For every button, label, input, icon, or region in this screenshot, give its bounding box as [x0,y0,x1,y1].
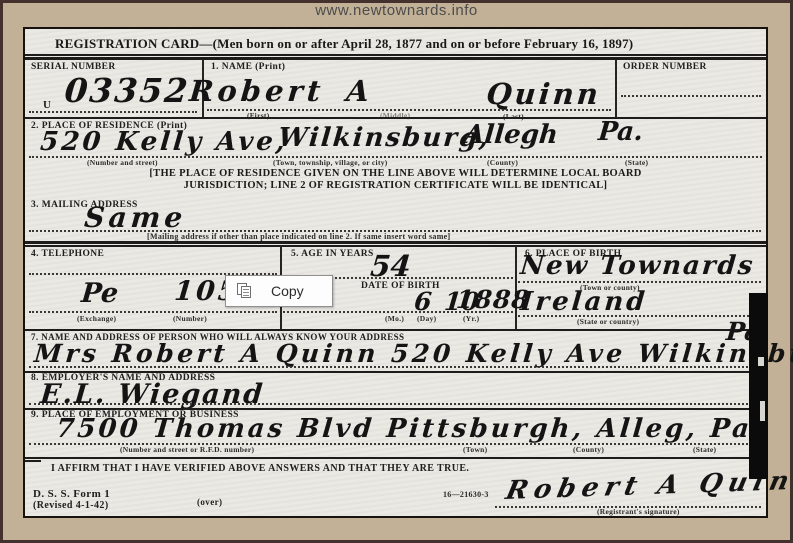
jurisdiction-note-line2: JURISDICTION; LINE 2 OF REGISTRATION CER… [25,180,766,191]
form-number: D. S. S. Form 1 [33,488,110,500]
birth-place-country-caption: (State or country) [577,317,639,326]
copy-menu-item[interactable]: Copy [271,283,304,299]
employment-county-caption: (County) [573,445,604,454]
divider-name-order [615,60,617,117]
serial-prefix: U [43,99,51,111]
employment-town-caption: (Town) [463,445,487,454]
order-number-baseline [621,95,761,97]
age-label: 5. AGE IN YEARS [291,249,374,259]
heavy-rule-bottom [25,245,766,247]
registration-card-scan: REGISTRATION CARD—(Men born on or after … [23,27,768,518]
context-menu[interactable]: Copy [225,275,333,307]
residence-street-caption: (Number and street) [87,158,158,167]
contact-value: Mrs Robert A Quinn 520 Kelly Ave Wilkins… [33,339,793,368]
residence-county-value: Allegh [463,120,559,150]
row4-rule [25,329,766,331]
residence-county-caption: (County) [487,158,518,167]
employment-street-caption: (Number and street or R.F.D. number) [120,445,254,454]
copy-icon [237,283,253,299]
residence-state-caption: (State) [625,158,648,167]
telephone-number-caption: (Number) [173,314,207,323]
scan-artifact-notch [758,357,764,366]
affirmation-text: I AFFIRM THAT I HAVE VERIFIED ABOVE ANSW… [51,463,469,474]
card-title: REGISTRATION CARD—(Men born on or after … [55,36,633,52]
name-first-caption: (First) [247,111,270,120]
scan-artifact-notch [760,401,765,421]
residence-state-value: Pa. [597,117,644,147]
birth-month-caption: (Mo.) [385,314,404,323]
row7-rule-tick [25,460,41,462]
residence-town-value: Wilkinsburg, [277,123,492,153]
telephone-exchange-caption: (Exchange) [77,314,116,323]
scan-artifact-bar [749,293,768,479]
telephone-baseline [29,311,277,313]
row1-rule [25,117,766,119]
over-note: (over) [197,497,222,507]
birth-date-baseline [283,311,513,313]
name-middle-caption: (Middle) [380,111,410,120]
order-number-label: ORDER NUMBER [623,62,707,72]
telephone-label: 4. TELEPHONE [31,249,104,259]
serial-baseline [29,111,197,113]
birth-year-caption: (Yr.) [463,314,479,323]
residence-town-caption: (Town, township, village, or city) [273,158,388,167]
heavy-rule-top [25,241,766,244]
watermark: www.newtownards.info [0,2,793,19]
birth-place-country-value: Ireland [519,287,649,317]
telephone-exchange-value: Pe [80,278,119,309]
signature-caption: (Registrant's signature) [597,507,680,516]
employer-value: E.L. Wiegand [39,379,266,410]
birth-day-caption: (Day) [417,314,436,323]
name-middle-value: A [345,74,370,108]
title-rule-thick [25,57,766,60]
print-code: 16—21630-3 [443,490,489,499]
title-rule-thin [25,54,766,56]
mailing-address-caption: [Mailing address if other than place ind… [147,232,451,241]
name-first-value: Robert [188,74,326,108]
jurisdiction-note-line1: [THE PLACE OF RESIDENCE GIVEN ON THE LIN… [25,168,766,179]
employment-state-caption: (State) [693,445,716,454]
name-last-value: Quinn [485,77,603,111]
residence-street-value: 520 Kelly Ave, [39,127,289,157]
row7-rule [25,457,766,459]
employer-baseline [29,403,764,405]
birth-place-town-value: New Townards [519,251,756,281]
contact-baseline [29,366,764,368]
serial-number-value: 03352 [63,71,191,110]
employment-value: 7500 Thomas Blvd Pittsburgh, Alleg, Pa [55,414,753,444]
name-label: 1. NAME (Print) [211,62,285,72]
form-revision: (Revised 4-1-42) [33,500,109,511]
birth-country-baseline [518,315,761,317]
